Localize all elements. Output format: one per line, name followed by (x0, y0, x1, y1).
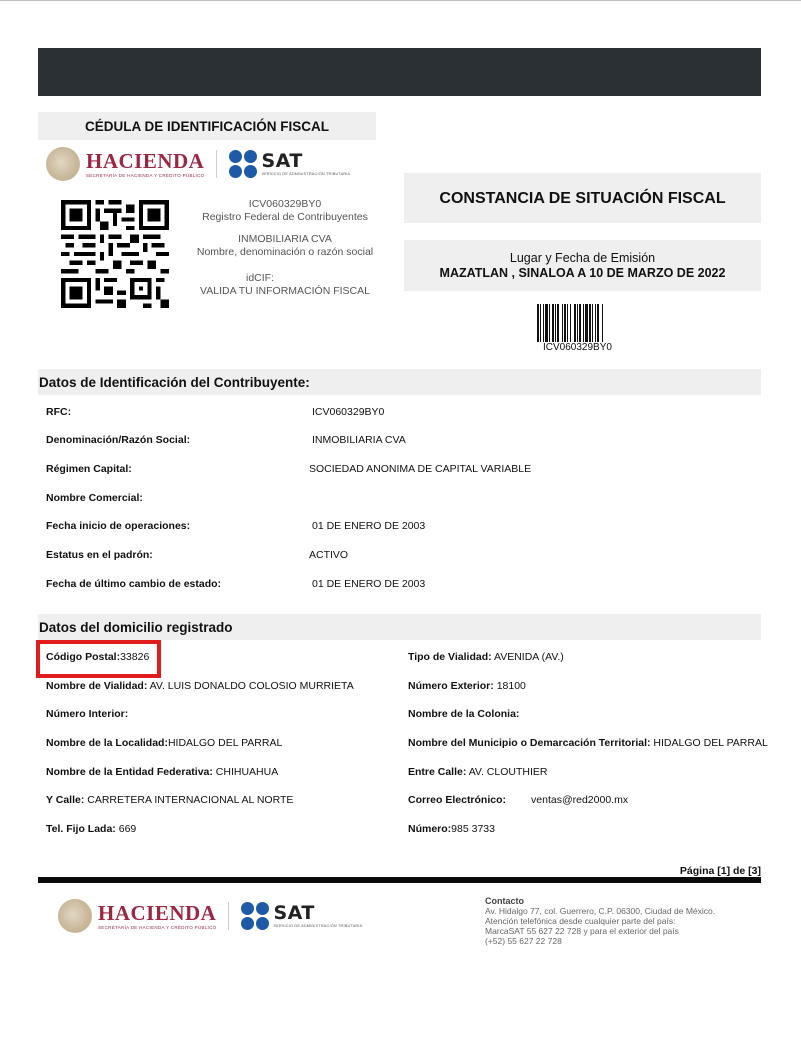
mexico-seal-icon (46, 147, 80, 181)
domicilio-field: Correo Electrónico:ventas@red2000.mx (408, 794, 628, 806)
contact-line: Atención telefónica desde cualquier part… (485, 916, 775, 926)
header-banner (38, 48, 761, 96)
domicilio-field: Y Calle: CARRETERA INTERNACIONAL AL NORT… (46, 794, 293, 806)
domicilio-label: Correo Electrónico: (408, 794, 506, 806)
logos-header: HACIENDA SECRETARÍA DE HACIENDA Y CRÉDIT… (46, 147, 350, 181)
domicilio-field: Nombre de la Localidad:HIDALGO DEL PARRA… (46, 737, 282, 749)
document-title: CONSTANCIA DE SITUACIÓN FISCAL (404, 173, 761, 223)
domicilio-field: Nombre de la Entidad Federativa: CHIHUAH… (46, 766, 278, 778)
cedula-valida[interactable]: VALIDA TU INFORMACIÓN FISCAL (195, 285, 375, 298)
domicilio-value: CARRETERA INTERNACIONAL AL NORTE (84, 794, 293, 806)
logos-footer: HACIENDA SECRETARÍA DE HACIENDA Y CRÉDIT… (58, 899, 362, 933)
ident-value: ACTIVO (309, 549, 348, 561)
domicilio-value: 985 3733 (451, 823, 495, 835)
domicilio-field: Número Exterior: 18100 (408, 680, 526, 692)
hacienda-subtitle: SECRETARÍA DE HACIENDA Y CRÉDITO PÚBLICO (98, 925, 216, 930)
cedula-rfc-caption: Registro Federal de Contribuyentes (195, 211, 375, 224)
domicilio-field: Tipo de Vialidad: AVENIDA (AV.) (408, 651, 564, 663)
qr-code-icon (61, 200, 169, 308)
contact-block: Contacto Av. Hidalgo 77, col. Guerrero, … (485, 896, 775, 946)
sat-wordmark: SAT (261, 152, 350, 170)
domicilio-field: Nombre de la Colonia: (408, 708, 519, 720)
sat-logo: SAT SERVICIO DE ADMINISTRACIÓN TRIBUTARI… (261, 152, 350, 176)
domicilio-label: Tel. Fijo Lada: (46, 823, 116, 835)
cedula-name-caption: Nombre, denominación o razón social (195, 246, 375, 259)
ident-value: SOCIEDAD ANONIMA DE CAPITAL VARIABLE (309, 463, 531, 475)
section-identificacion: Datos de Identificación del Contribuyent… (38, 369, 761, 395)
domicilio-label: Número: (408, 823, 451, 835)
ident-label: Fecha inicio de operaciones: (46, 520, 190, 532)
domicilio-label: Nombre de la Colonia: (408, 708, 519, 720)
emission-label: Lugar y Fecha de Emisión (404, 251, 761, 266)
barcode-icon (537, 304, 618, 342)
ident-label: Régimen Capital: (46, 463, 132, 475)
hacienda-logo: HACIENDA SECRETARÍA DE HACIENDA Y CRÉDIT… (86, 151, 204, 178)
domicilio-field: Entre Calle: AV. CLOUTHIER (408, 766, 547, 778)
ident-label: Denominación/Razón Social: (46, 434, 190, 446)
page-number: Página [1] de [3] (640, 865, 761, 877)
domicilio-field: Nombre del Municipio o Demarcación Terri… (408, 737, 768, 749)
hacienda-logo: HACIENDA SECRETARÍA DE HACIENDA Y CRÉDIT… (98, 903, 216, 930)
ident-value: ICV060329BY0 (312, 406, 384, 418)
footer-divider (38, 877, 761, 883)
domicilio-field: Número Interior: (46, 708, 128, 720)
cedula-name: INMOBILIARIA CVA (195, 233, 375, 246)
logo-divider (216, 150, 217, 178)
codigo-postal-highlight (36, 640, 161, 678)
ident-label: Estatus en el padrón: (46, 549, 153, 561)
domicilio-value[interactable]: ventas@red2000.mx (531, 794, 628, 806)
cedula-idcif-label: idCIF: (195, 272, 375, 285)
domicilio-value: AVENIDA (AV.) (492, 651, 564, 663)
emission-value: MAZATLAN , SINALOA A 10 DE MARZO DE 2022 (404, 266, 761, 281)
contact-title: Contacto (485, 896, 775, 906)
sat-subtitle: SERVICIO DE ADMINISTRACIÓN TRIBUTARIA (261, 172, 350, 176)
logo-divider (228, 902, 229, 930)
domicilio-label: Número Exterior: (408, 680, 494, 692)
barcode-text: ICV060329BY0 (520, 342, 635, 353)
hacienda-wordmark: HACIENDA (98, 903, 216, 923)
domicilio-value: HIDALGO DEL PARRAL (651, 737, 768, 749)
domicilio-field: Nombre de Vialidad: AV. LUIS DONALDO COL… (46, 680, 354, 692)
hacienda-subtitle: SECRETARÍA DE HACIENDA Y CRÉDITO PÚBLICO (86, 173, 204, 178)
domicilio-label: Número Interior: (46, 708, 128, 720)
contact-line: MarcaSAT 55 627 22 728 y para el exterio… (485, 926, 775, 936)
sat-wordmark: SAT (273, 904, 362, 922)
domicilio-label: Nombre de Vialidad: (46, 680, 147, 692)
domicilio-label: Nombre de la Entidad Federativa: (46, 766, 213, 778)
sat-dots-icon (241, 902, 269, 930)
contact-line: (+52) 55 627 22 728 (485, 936, 775, 946)
mexico-seal-icon (58, 899, 92, 933)
domicilio-value: 18100 (494, 680, 526, 692)
ident-label: Fecha de último cambio de estado: (46, 578, 221, 590)
hacienda-wordmark: HACIENDA (86, 151, 204, 171)
cedula-rfc: ICV060329BY0 (195, 198, 375, 211)
cedula-info: ICV060329BY0 Registro Federal de Contrib… (195, 198, 375, 307)
cedula-title: CÉDULA DE IDENTIFICACIÓN FISCAL (38, 112, 376, 140)
domicilio-label: Entre Calle: (408, 766, 466, 778)
domicilio-label: Nombre del Municipio o Demarcación Terri… (408, 737, 651, 749)
domicilio-value: CHIHUAHUA (213, 766, 278, 778)
emission-box: Lugar y Fecha de Emisión MAZATLAN , SINA… (404, 240, 761, 291)
section-domicilio: Datos del domicilio registrado (38, 614, 761, 640)
domicilio-value: AV. CLOUTHIER (466, 766, 547, 778)
sat-logo: SAT SERVICIO DE ADMINISTRACIÓN TRIBUTARI… (273, 904, 362, 928)
sat-subtitle: SERVICIO DE ADMINISTRACIÓN TRIBUTARIA (273, 924, 362, 928)
ident-value: 01 DE ENERO DE 2003 (312, 578, 425, 590)
domicilio-value: AV. LUIS DONALDO COLOSIO MURRIETA (147, 680, 353, 692)
domicilio-field: Número:985 3733 (408, 823, 495, 835)
ident-label: RFC: (46, 406, 71, 418)
ident-label: Nombre Comercial: (46, 492, 143, 504)
domicilio-label: Tipo de Vialidad: (408, 651, 492, 663)
domicilio-field: Tel. Fijo Lada: 669 (46, 823, 136, 835)
sat-dots-icon (229, 150, 257, 178)
domicilio-value: 669 (116, 823, 136, 835)
ident-value: 01 DE ENERO DE 2003 (312, 520, 425, 532)
domicilio-label: Y Calle: (46, 794, 84, 806)
ident-value: INMOBILIARIA CVA (312, 434, 406, 446)
domicilio-label: Nombre de la Localidad: (46, 737, 168, 749)
domicilio-value: HIDALGO DEL PARRAL (168, 737, 282, 749)
contact-line: Av. Hidalgo 77, col. Guerrero, C.P. 0630… (485, 906, 775, 916)
